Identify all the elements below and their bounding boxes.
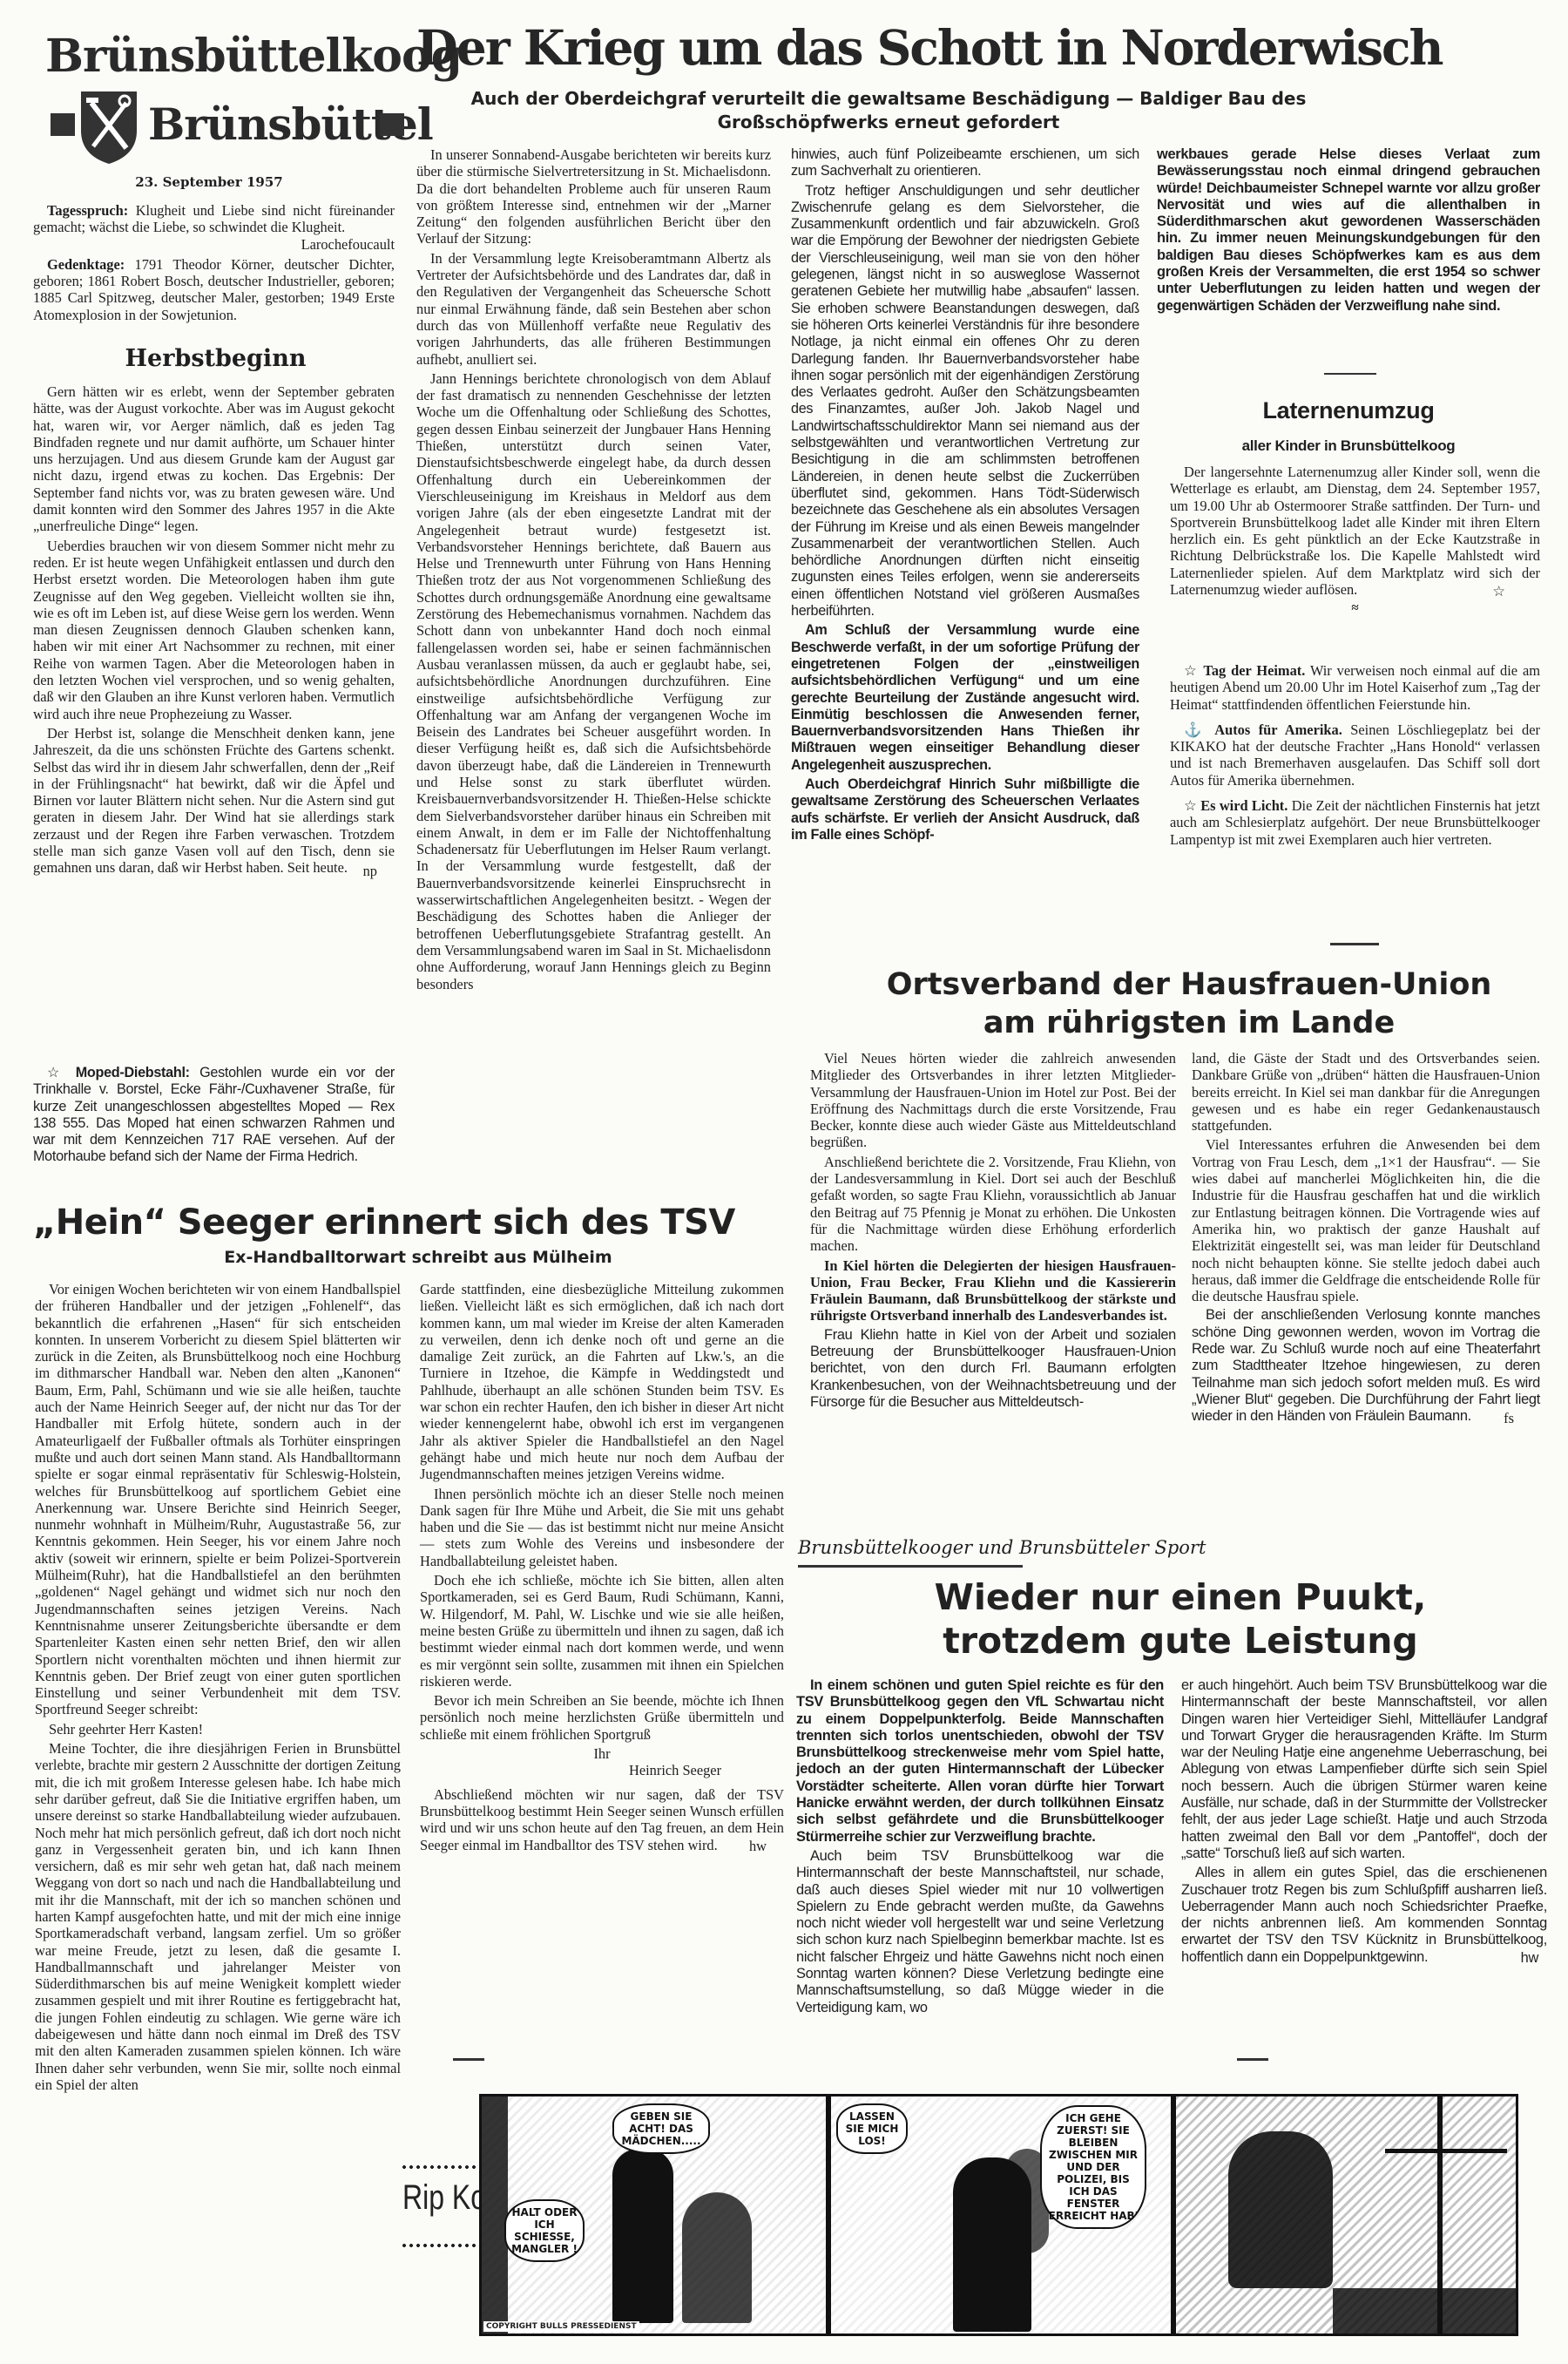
- moped-brief: ☆ Moped-Diebstahl: Gestohlen wurde ein v…: [33, 1065, 395, 1168]
- divider: [1237, 2058, 1268, 2061]
- comic-panel-1: GEBEN SIE ACHT! DAS MÄDCHEN..... HALT OD…: [479, 2094, 828, 2336]
- laternen-subtitle: aller Kinder in Brunsbüttelkoog: [1157, 437, 1540, 455]
- star-icon: ☆: [1184, 662, 1199, 679]
- hausfrauen-paragraph: Bei der anschließenden Verlosung konnte …: [1192, 1307, 1540, 1425]
- comic-panel-3: [1173, 2094, 1518, 2336]
- seeger-paragraph: Ihnen persönlich möchte ich an dieser St…: [420, 1486, 784, 1569]
- hausfrauen-paragraph: Viel Interessantes erfuhren die Anwesend…: [1192, 1136, 1540, 1304]
- tagesspruch-author: Larochefoucault: [287, 236, 395, 253]
- hausfrauen-headline: Ortsverband der Hausfrauen-Union am rühr…: [858, 965, 1520, 1042]
- seeger-column-2: Garde stattfinden, eine diesbezügliche M…: [420, 1281, 784, 1854]
- speech-bubble: GEBEN SIE ACHT! DAS MÄDCHEN.....: [612, 2103, 710, 2154]
- lead-column-1: In unserer Sonnabend-Ausgabe berichteten…: [416, 146, 771, 995]
- wall-shape: [482, 2096, 508, 2334]
- speech-bubble: ICH GEHE ZUERST! SIE BLEIBEN ZWISCHEN MI…: [1040, 2105, 1146, 2229]
- sport-headline-line2: trotzdem gute Leistung: [836, 1619, 1524, 1663]
- issue-date: 23. September 1957: [35, 174, 383, 190]
- window-frame: [1385, 2149, 1507, 2153]
- herbst-article: Gern hätten wir es erlebt, wenn der Sept…: [33, 383, 395, 879]
- divider: [1330, 943, 1379, 945]
- comic-copyright: COPYRIGHT BULLS PRESSEDIENST: [483, 2321, 639, 2332]
- sport-column-1: In einem schönen und guten Spiel reichte…: [796, 1677, 1164, 2019]
- masthead-title-brunsbuettelkoog: Brünsbüttelkoog: [45, 30, 462, 83]
- divider: [453, 2058, 484, 2061]
- hausfrauen-paragraph: Anschließend berichtete die 2. Vorsitzen…: [810, 1154, 1176, 1255]
- seeger-signer: Heinrich Seeger: [420, 1762, 784, 1778]
- lead-paragraph: In der Versammlung legte Kreisoberamtman…: [416, 250, 771, 368]
- hausfrauen-paragraph-bold: In Kiel hörten die Delegierten der hiesi…: [810, 1257, 1176, 1324]
- sport-headline-line1: Wieder nur einen Puukt,: [836, 1575, 1524, 1619]
- sport-paragraph-bold: In einem schönen und guten Spiel reichte…: [796, 1677, 1164, 1846]
- tagesspruch-label: Tagesspruch:: [47, 202, 128, 219]
- floor-shape: [1333, 2288, 1516, 2334]
- herbst-paragraph: Der Herbst ist, solange die Menschheit d…: [33, 725, 395, 877]
- lead-column-2: hinwies, auch fünf Polizeibeamte erschie…: [791, 146, 1139, 846]
- seeger-paragraph: Meine Tochter, die ihre diesjährigen Fer…: [35, 1740, 401, 2093]
- gedenktage-label: Gedenktage:: [47, 256, 125, 273]
- wave-ornament-icon: ≈: [1170, 600, 1540, 617]
- hausfrauen-paragraph: Viel Neues hörten wieder die zahlreich a…: [810, 1050, 1176, 1151]
- moped-label: Moped-Diebstahl:: [76, 1065, 190, 1080]
- herbst-title: Herbstbeginn: [35, 345, 396, 372]
- masthead: Brünsbüttelkoog Brünsbüttel: [35, 30, 383, 161]
- lead-paragraph: Jann Hennings berichtete chronologisch v…: [416, 370, 771, 992]
- coat-of-arms-icon: [74, 87, 144, 166]
- sport-section-title: Brunsbüttelkooger und Brunsbütteler Spor…: [798, 1537, 1199, 1558]
- seeger-salutation: Sehr geehrter Herr Kasten!: [35, 1721, 401, 1737]
- brief-label: Tag der Heimat.: [1203, 662, 1305, 679]
- brief-label: Autos für Amerika.: [1214, 721, 1342, 738]
- hausfrauen-column-2: land, die Gäste der Stadt und des Ortsve…: [1192, 1050, 1540, 1426]
- seeger-headline: „Hein“ Seeger erinnert sich des TSV: [33, 1201, 800, 1244]
- figure-silhouette: [612, 2149, 673, 2323]
- seeger-subheadline: Ex-Handballtorwart schreibt aus Mülheim: [183, 1248, 653, 1267]
- laternen-text: Der langersehnte Laternenumzug aller Kin…: [1170, 464, 1540, 598]
- herbst-paragraph: Ueberdies brauchen wir von diesem Sommer…: [33, 538, 395, 722]
- hausfrauen-paragraph: Frau Kliehn hatte in Kiel von der Arbeit…: [810, 1327, 1176, 1411]
- hausfrauen-column-1: Viel Neues hörten wieder die zahlreich a…: [810, 1050, 1176, 1413]
- ship-icon: ⚓: [1184, 721, 1206, 738]
- lead-paragraph-bold: werkbaues gerade Helse dieses Verlaat zu…: [1157, 146, 1540, 315]
- divider: [1324, 373, 1376, 375]
- banner-right: [380, 113, 404, 136]
- lead-subheadline: Auch der Oberdeichgraf verurteilt die ge…: [453, 87, 1324, 134]
- lead-paragraph-bold: Am Schluß der Versammlung wurde eine Bes…: [791, 622, 1139, 774]
- sport-paragraph: Auch beim TSV Brunsbüttelkoog war die Hi…: [796, 1848, 1164, 2016]
- lead-paragraph: Trotz heftiger Anschuldigungen und sehr …: [791, 183, 1139, 620]
- sport-paragraph: er auch hingehört. Auch beim TSV Brunsbü…: [1181, 1677, 1547, 1862]
- sport-headline: Wieder nur einen Puukt, trotzdem gute Le…: [836, 1575, 1524, 1663]
- seeger-closing: Ihr: [420, 1745, 784, 1762]
- lead-paragraph-bold: Auch Oberdeichgraf Hinrich Suhr mißbilli…: [791, 776, 1139, 843]
- speech-bubble: LASSEN SIE MICH LOS!: [836, 2103, 908, 2154]
- star-icon: ☆: [1184, 797, 1197, 814]
- seeger-paragraph: Vor einigen Wochen berichteten wir von e…: [35, 1281, 401, 1718]
- figure-silhouette: [1228, 2131, 1333, 2288]
- sport-column-2: er auch hingehört. Auch beim TSV Brunsbü…: [1181, 1677, 1547, 1967]
- tagesspruch-block: Tagesspruch: Klugheit und Liebe sind nic…: [33, 202, 395, 326]
- sport-section-rule: [798, 1565, 1023, 1568]
- comic-panel-2: LASSEN SIE MICH LOS! ICH GEHE ZUERST! SI…: [828, 2094, 1173, 2336]
- figure-silhouette: [682, 2192, 752, 2323]
- lead-paragraph: In unserer Sonnabend-Ausgabe berichteten…: [416, 146, 771, 247]
- lead-paragraph: hinwies, auch fünf Polizeibeamte erschie…: [791, 146, 1139, 180]
- laternen-title: Laternenumzug: [1157, 397, 1540, 424]
- briefs: ☆ Tag der Heimat. Wir verweisen noch ein…: [1170, 662, 1540, 850]
- hausfrauen-paragraph: land, die Gäste der Stadt und des Ortsve…: [1192, 1050, 1540, 1134]
- banner-left: [51, 113, 75, 136]
- star-icon: ☆: [47, 1065, 65, 1080]
- brief-label: Es wird Licht.: [1200, 797, 1288, 814]
- speech-bubble: HALT ODER ICH SCHIESSE, MANGLER !: [504, 2199, 585, 2262]
- herbst-paragraph: Gern hätten wir es erlebt, wenn der Sept…: [33, 383, 395, 535]
- seeger-paragraph: Garde stattfinden, eine diesbezügliche M…: [420, 1281, 784, 1483]
- seeger-paragraph: Bevor ich mein Schreiben an Sie beende, …: [420, 1692, 784, 1743]
- lead-headline: Der Krieg um das Schott in Norderwisch: [416, 21, 1566, 75]
- laternen-article: Der langersehnte Laternenumzug aller Kin…: [1170, 464, 1540, 617]
- lead-column-3: werkbaues gerade Helse dieses Verlaat zu…: [1157, 146, 1540, 317]
- seeger-paragraph: Doch ehe ich schließe, möchte ich Sie bi…: [420, 1572, 784, 1690]
- seeger-column-1: Vor einigen Wochen berichteten wir von e…: [35, 1281, 401, 2096]
